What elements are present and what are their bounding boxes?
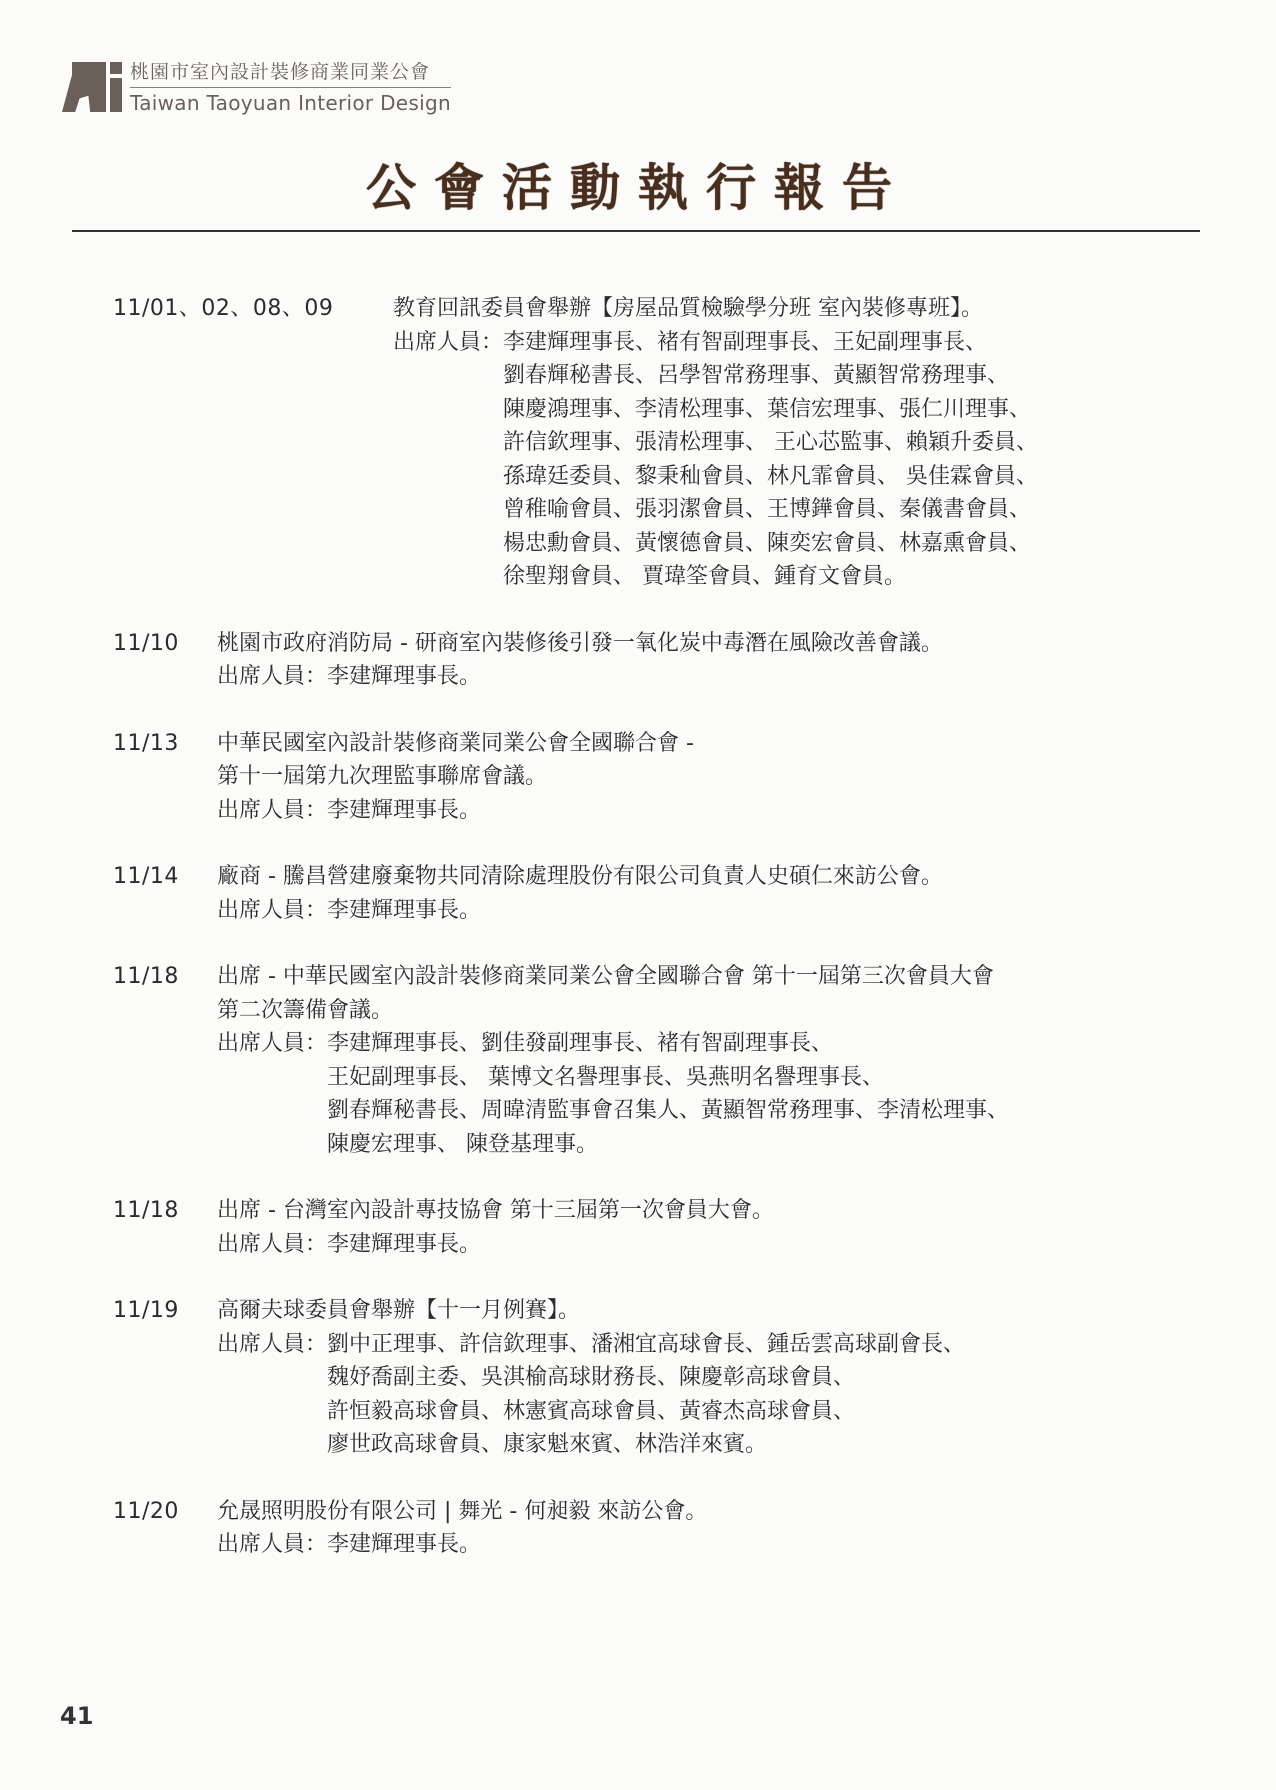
org-name-zh: 桃園市室內設計裝修商業同業公會	[130, 57, 451, 88]
activity-date: 11/18	[113, 960, 217, 1161]
attendees-label: 出席人員：	[217, 1027, 327, 1161]
attendees-line: 徐聖翔會員、 賈瑋筌會員、鍾育文會員。	[503, 560, 1193, 594]
attendees-line: 李建輝理事長、劉佳發副理事長、褚有智副理事長、	[327, 1027, 1193, 1061]
activity-date: 11/18	[113, 1194, 217, 1261]
attendees-list: 李建輝理事長。	[327, 660, 1193, 694]
activity-description: 允晟照明股份有限公司 | 舞光 - 何昶毅 來訪公會。	[217, 1495, 1193, 1529]
attendees: 出席人員：李建輝理事長。	[217, 794, 1193, 828]
attendees-label: 出席人員：	[217, 1528, 327, 1562]
activity-entry: 11/18出席 - 中華民國室內設計裝修商業同業公會全國聯合會 第十一屆第三次會…	[113, 960, 1193, 1161]
attendees: 出席人員：李建輝理事長。	[217, 660, 1193, 694]
activity-entry: 11/14廠商 - 騰昌營建廢棄物共同清除處理股份有限公司負責人史碩仁來訪公會。…	[113, 860, 1193, 927]
activity-date: 11/14	[113, 860, 217, 927]
attendees-label: 出席人員：	[393, 326, 503, 594]
activity-description: 桃園市政府消防局 - 研商室內裝修後引發一氧化炭中毒潛在風險改善會議。	[217, 627, 1193, 661]
attendees-label: 出席人員：	[217, 894, 327, 928]
activity-body: 桃園市政府消防局 - 研商室內裝修後引發一氧化炭中毒潛在風險改善會議。出席人員：…	[217, 627, 1193, 694]
activity-body: 教育回訊委員會舉辦【房屋品質檢驗學分班 室內裝修專班】。出席人員：李建輝理事長、…	[393, 292, 1193, 594]
attendees-line: 楊忠勳會員、黃懷德會員、陳奕宏會員、林嘉熏會員、	[503, 527, 1193, 561]
activity-description: 第二次籌備會議。	[217, 994, 1193, 1028]
attendees-line: 許恒毅高球會員、林憲賓高球會員、黃睿杰高球會員、	[327, 1395, 1193, 1429]
activity-date: 11/20	[113, 1495, 217, 1562]
attendees: 出席人員：李建輝理事長。	[217, 1528, 1193, 1562]
attendees-line: 李建輝理事長。	[327, 894, 1193, 928]
attendees-line: 廖世政高球會員、康家魁來賓、林浩洋來賓。	[327, 1428, 1193, 1462]
organization-name: 桃園市室內設計裝修商業同業公會 Taiwan Taoyuan Interior …	[130, 57, 451, 115]
attendees-label: 出席人員：	[217, 794, 327, 828]
attendees-line: 許信欽理事、張清松理事、 王心芯監事、賴穎升委員、	[503, 426, 1193, 460]
activity-entry: 11/20允晟照明股份有限公司 | 舞光 - 何昶毅 來訪公會。出席人員：李建輝…	[113, 1495, 1193, 1562]
activity-date: 11/13	[113, 727, 217, 828]
attendees: 出席人員：李建輝理事長。	[217, 894, 1193, 928]
activity-entry: 11/10桃園市政府消防局 - 研商室內裝修後引發一氧化炭中毒潛在風險改善會議。…	[113, 627, 1193, 694]
activity-date: 11/10	[113, 627, 217, 694]
activity-description: 高爾夫球委員會舉辦【十一月例賽】。	[217, 1294, 1193, 1328]
title-divider	[72, 230, 1200, 232]
activity-entry: 11/01、02、08、09教育回訊委員會舉辦【房屋品質檢驗學分班 室內裝修專班…	[113, 292, 1193, 594]
attendees-line: 李建輝理事長。	[327, 660, 1193, 694]
activity-body: 中華民國室內設計裝修商業同業公會全國聯合會 -第十一屆第九次理監事聯席會議。出席…	[217, 727, 1193, 828]
org-name-en: Taiwan Taoyuan Interior Design	[130, 88, 451, 115]
attendees-label: 出席人員：	[217, 1228, 327, 1262]
activity-entry: 11/18出席 - 台灣室內設計專技協會 第十三屆第一次會員大會。出席人員：李建…	[113, 1194, 1193, 1261]
attendees-line: 劉春輝秘書長、呂學智常務理事、黃顯智常務理事、	[503, 359, 1193, 393]
activity-description: 出席 - 台灣室內設計專技協會 第十三屆第一次會員大會。	[217, 1194, 1193, 1228]
attendees-label: 出席人員：	[217, 1328, 327, 1462]
attendees-list: 李建輝理事長。	[327, 1228, 1193, 1262]
attendees-line: 劉春輝秘書長、周暐清監事會召集人、黃顯智常務理事、李清松理事、	[327, 1094, 1193, 1128]
attendees-label: 出席人員：	[217, 660, 327, 694]
attendees: 出席人員：李建輝理事長、褚有智副理事長、王妃副理事長、劉春輝秘書長、呂學智常務理…	[393, 326, 1193, 594]
attendees-line: 陳慶宏理事、 陳登基理事。	[327, 1128, 1193, 1162]
attendees: 出席人員：劉中正理事、許信欽理事、潘湘宜高球會長、鍾岳雲高球副會長、魏妤喬副主委…	[217, 1328, 1193, 1462]
attendees-list: 劉中正理事、許信欽理事、潘湘宜高球會長、鍾岳雲高球副會長、魏妤喬副主委、吳淇榆高…	[327, 1328, 1193, 1462]
activity-body: 出席 - 台灣室內設計專技協會 第十三屆第一次會員大會。出席人員：李建輝理事長。	[217, 1194, 1193, 1261]
attendees-list: 李建輝理事長、劉佳發副理事長、褚有智副理事長、王妃副理事長、 葉博文名譽理事長、…	[327, 1027, 1193, 1161]
activity-description: 出席 - 中華民國室內設計裝修商業同業公會全國聯合會 第十一屆第三次會員大會	[217, 960, 1193, 994]
attendees-line: 劉中正理事、許信欽理事、潘湘宜高球會長、鍾岳雲高球副會長、	[327, 1328, 1193, 1362]
attendees-line: 陳慶鴻理事、李清松理事、葉信宏理事、張仁川理事、	[503, 393, 1193, 427]
activity-body: 出席 - 中華民國室內設計裝修商業同業公會全國聯合會 第十一屆第三次會員大會第二…	[217, 960, 1193, 1161]
attendees-list: 李建輝理事長、褚有智副理事長、王妃副理事長、劉春輝秘書長、呂學智常務理事、黃顯智…	[503, 326, 1193, 594]
attendees: 出席人員：李建輝理事長、劉佳發副理事長、褚有智副理事長、王妃副理事長、 葉博文名…	[217, 1027, 1193, 1161]
attendees-line: 王妃副理事長、 葉博文名譽理事長、吳燕明名譽理事長、	[327, 1061, 1193, 1095]
attendees-line: 曾稚喻會員、張羽潔會員、王博鏵會員、秦儀書會員、	[503, 493, 1193, 527]
activity-entry: 11/19高爾夫球委員會舉辦【十一月例賽】。出席人員：劉中正理事、許信欽理事、潘…	[113, 1294, 1193, 1462]
attendees-list: 李建輝理事長。	[327, 894, 1193, 928]
attendees-list: 李建輝理事長。	[327, 794, 1193, 828]
activity-entry: 11/13中華民國室內設計裝修商業同業公會全國聯合會 -第十一屆第九次理監事聯席…	[113, 727, 1193, 828]
attendees-line: 魏妤喬副主委、吳淇榆高球財務長、陳慶彰高球會員、	[327, 1361, 1193, 1395]
attendees-line: 李建輝理事長。	[327, 1528, 1193, 1562]
activity-list: 11/01、02、08、09教育回訊委員會舉辦【房屋品質檢驗學分班 室內裝修專班…	[113, 292, 1193, 1595]
ti-logo-icon	[60, 58, 122, 114]
attendees: 出席人員：李建輝理事長。	[217, 1228, 1193, 1262]
attendees-line: 李建輝理事長、褚有智副理事長、王妃副理事長、	[503, 326, 1193, 360]
activity-description: 教育回訊委員會舉辦【房屋品質檢驗學分班 室內裝修專班】。	[393, 292, 1193, 326]
activity-description: 廠商 - 騰昌營建廢棄物共同清除處理股份有限公司負責人史碩仁來訪公會。	[217, 860, 1193, 894]
page-header: 桃園市室內設計裝修商業同業公會 Taiwan Taoyuan Interior …	[60, 56, 451, 116]
activity-body: 允晟照明股份有限公司 | 舞光 - 何昶毅 來訪公會。出席人員：李建輝理事長。	[217, 1495, 1193, 1562]
activity-body: 高爾夫球委員會舉辦【十一月例賽】。出席人員：劉中正理事、許信欽理事、潘湘宜高球會…	[217, 1294, 1193, 1462]
activity-body: 廠商 - 騰昌營建廢棄物共同清除處理股份有限公司負責人史碩仁來訪公會。出席人員：…	[217, 860, 1193, 927]
attendees-list: 李建輝理事長。	[327, 1528, 1193, 1562]
attendees-line: 李建輝理事長。	[327, 1228, 1193, 1262]
page-number: 41	[60, 1702, 93, 1730]
activity-description: 中華民國室內設計裝修商業同業公會全國聯合會 -	[217, 727, 1193, 761]
activity-date: 11/01、02、08、09	[113, 292, 393, 594]
activity-description: 第十一屆第九次理監事聯席會議。	[217, 760, 1193, 794]
page-title: 公會活動執行報告	[0, 148, 1276, 220]
attendees-line: 孫瑋廷委員、黎秉秈會員、林凡霏會員、 吳佳霖會員、	[503, 460, 1193, 494]
activity-date: 11/19	[113, 1294, 217, 1462]
attendees-line: 李建輝理事長。	[327, 794, 1193, 828]
